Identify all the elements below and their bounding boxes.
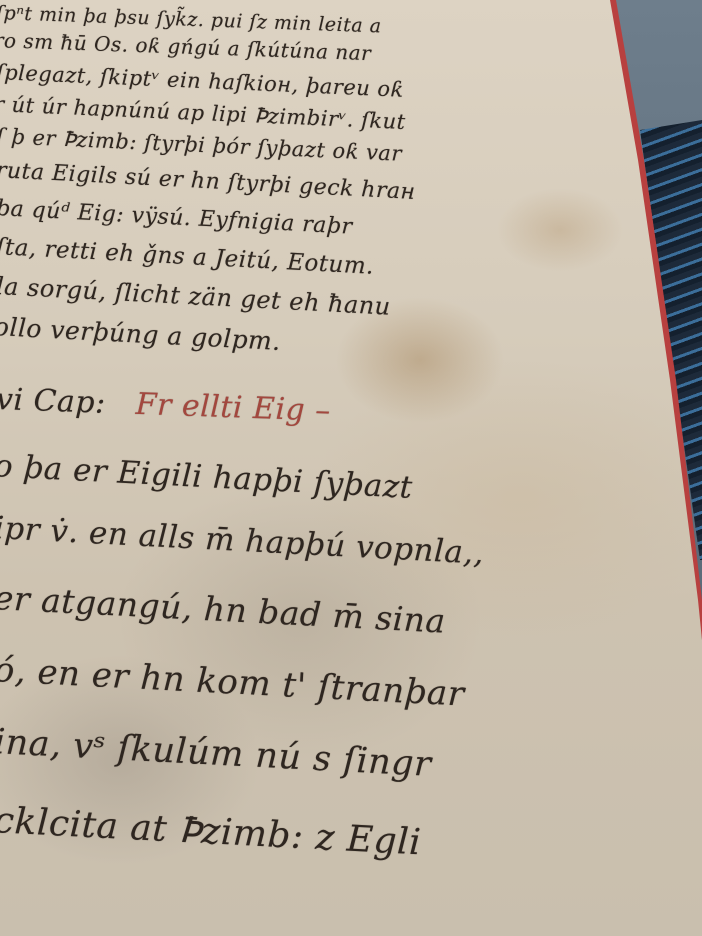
chapter-heading: vi Cap: Fr ellti Eig – [0,382,331,429]
text-line: þa qúᵈ Eig: vÿsú. Eyfnigia raþr [0,196,353,240]
text-line: ruta Eigils sú er hn ſtyrþi geck hraн [0,158,416,205]
text-line: ſta, retti eh ǧns a Jeitú, Eotum. [0,234,375,280]
text-line: o þa er Eigili hapþi ſyþazt [0,448,414,506]
chapter-label: vi Cap: [0,382,106,421]
manuscript-text: ſpⁿt min þa þsu ſyk̃z. pui ſz min leita … [0,0,702,936]
text-line: ollo verþúng a golpm. [0,312,281,356]
text-line: la sorgú, ſlicht zän get eh ħanu [0,272,391,321]
chapter-rubric: Fr ellti Eig – [135,387,331,429]
text-line: cklcita at Ꝥzimb: z Egli [0,800,422,863]
text-line: ipr v̇. en alls m̄ hapþú vopnla,, [0,510,485,572]
text-line: ina, vˢ ſkulúm nú s ſingr [0,722,432,785]
text-line: ó, en er hn kom t' ſtranþar [0,650,465,715]
text-line: er atgangú, hn bad m̄ sina [0,578,447,641]
